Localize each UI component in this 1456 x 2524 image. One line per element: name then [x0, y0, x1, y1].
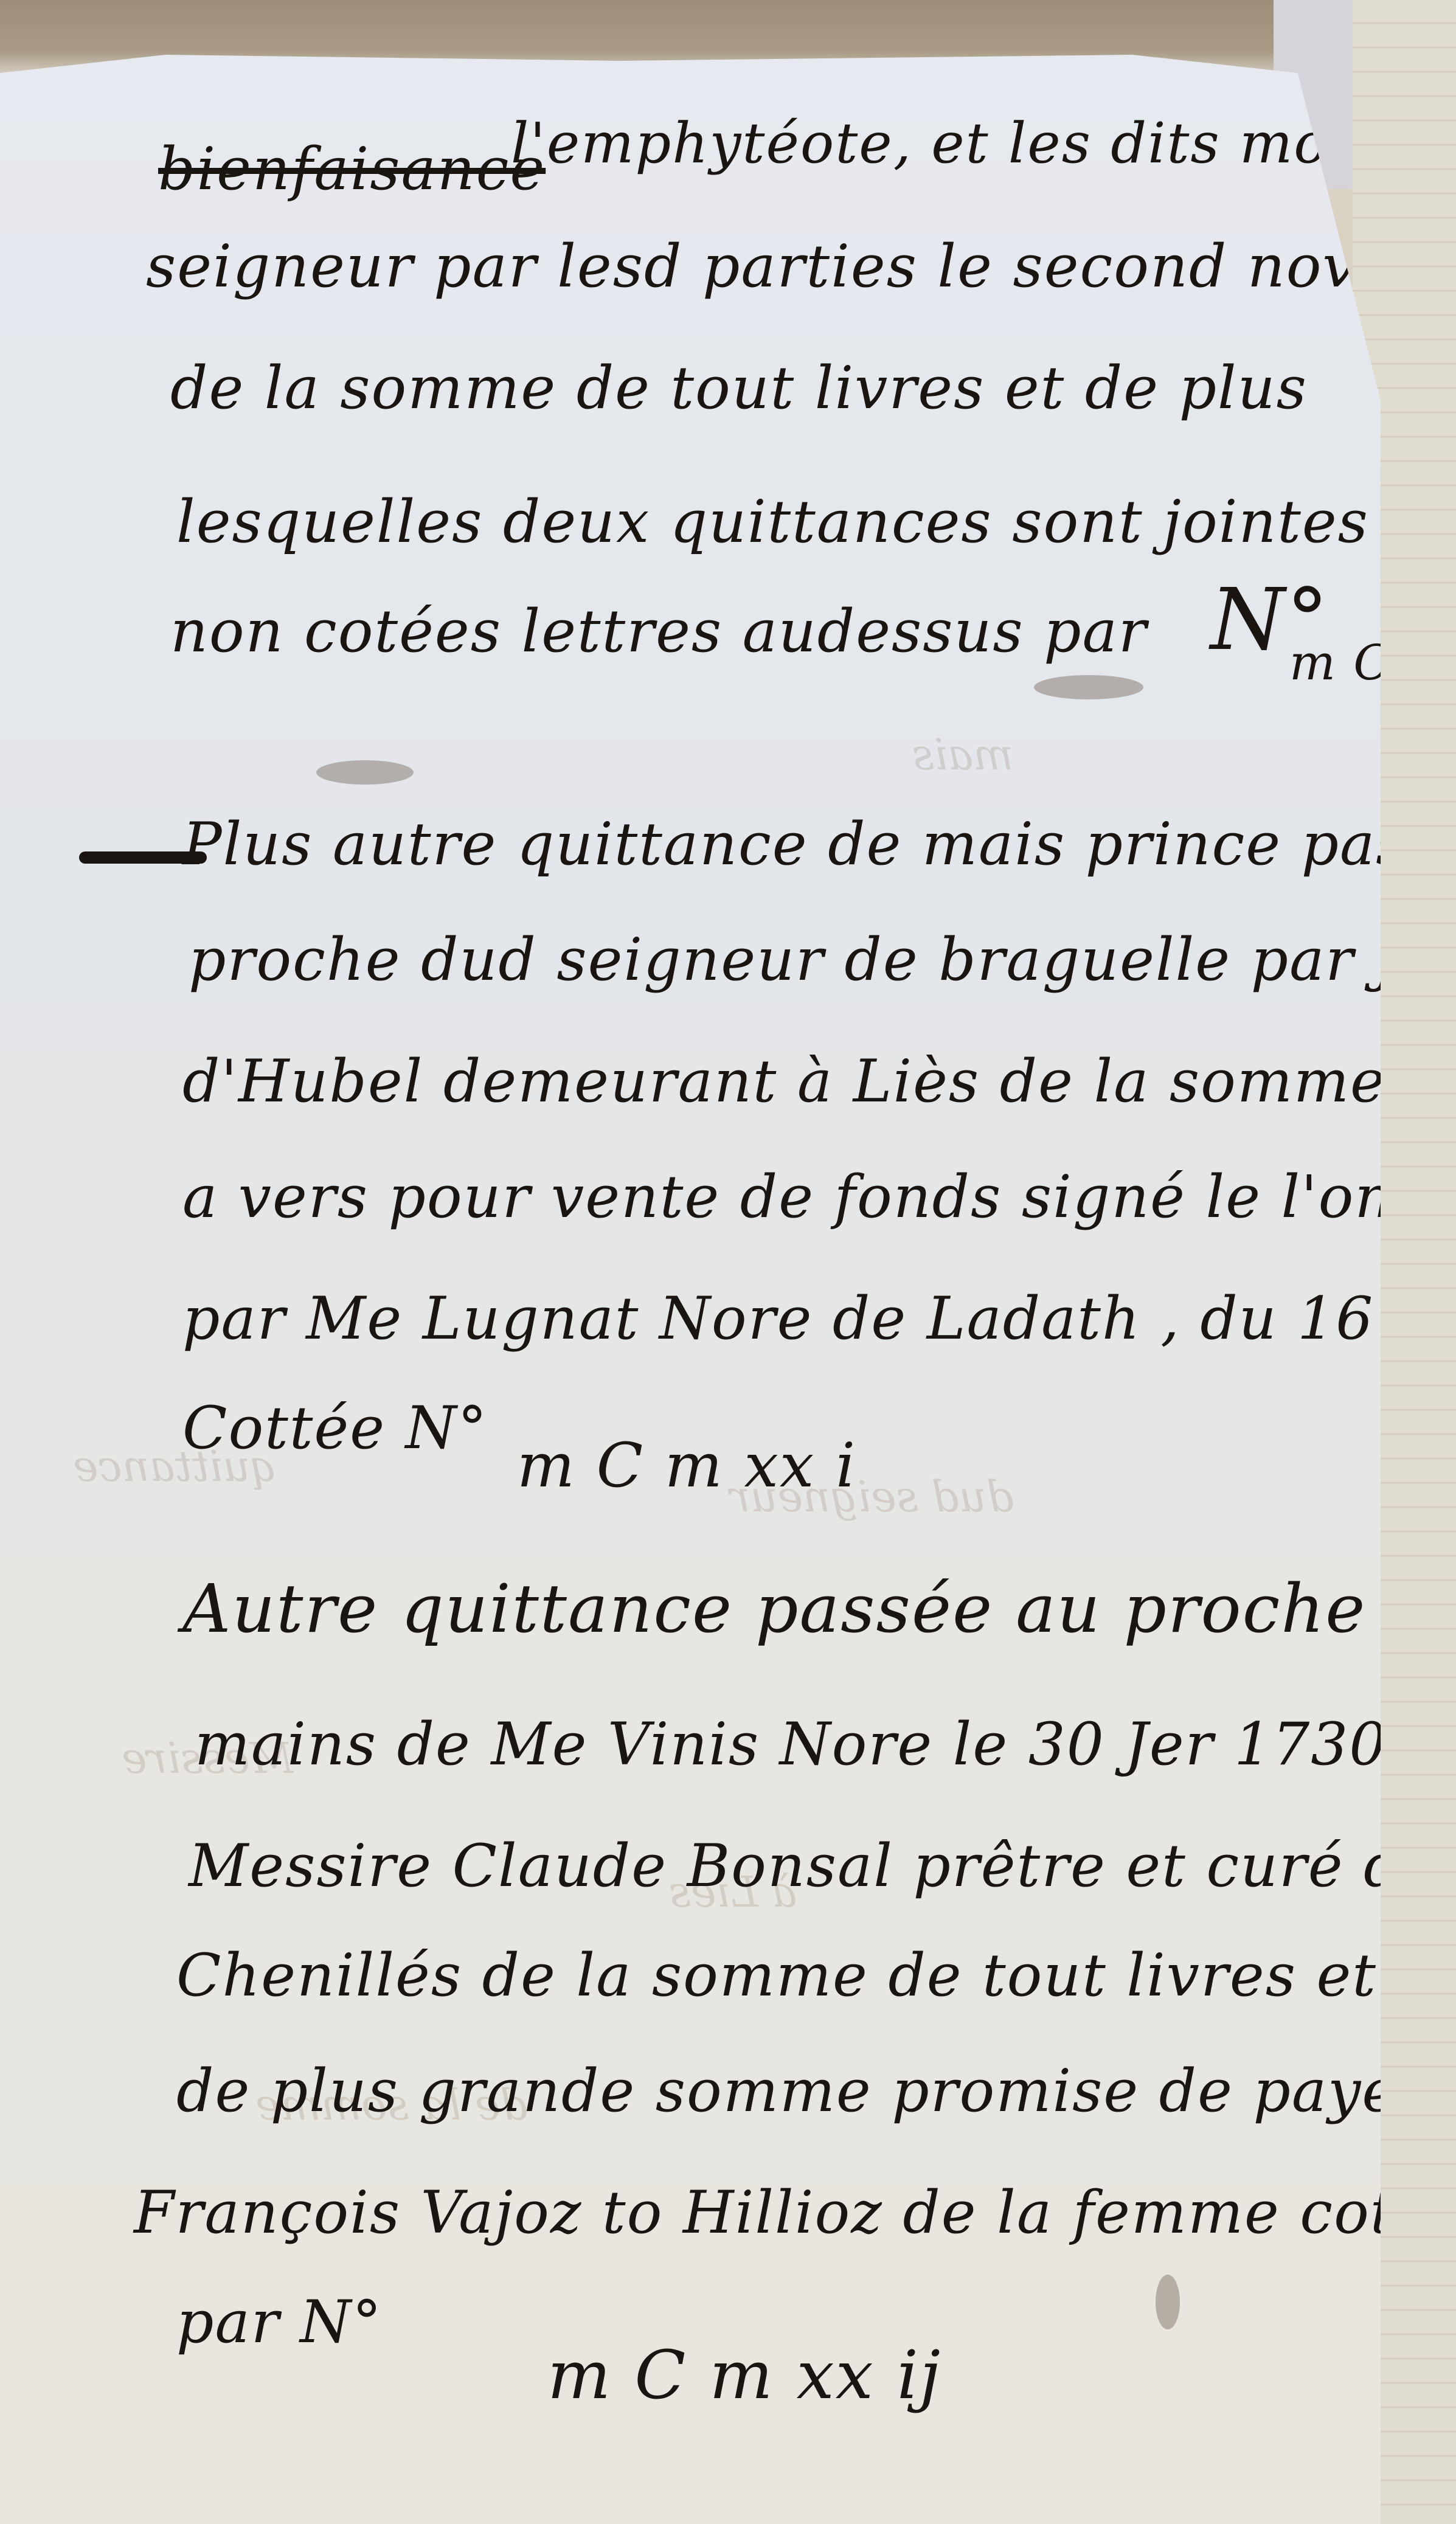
manuscript-line: seigneur par lesd parties le second nove… [146, 237, 1456, 296]
ink-stain [316, 760, 414, 785]
manuscript-page: quittance dud seigneur Messire à Lies de… [0, 55, 1381, 2524]
reference-numeral: m C m xx ij [547, 2342, 941, 2408]
manuscript-line: Autre quittance passée au proche dud sei… [182, 1575, 1456, 1642]
manuscript-line: Chenillés de la somme de tout livres et … [176, 1946, 1456, 2005]
manuscript-line: lesquelles deux quittances sont jointes … [176, 493, 1456, 551]
manuscript-line: de la somme de tout livres et de plus [170, 359, 1308, 417]
manuscript-line: de plus grande somme promise de payer pa… [176, 2062, 1456, 2120]
manuscript-line: mains de Me Vinis Nore le 30 Jer 1730 pa… [195, 1715, 1456, 1773]
manuscript-line: François Vajoz to Hillioz de la femme co… [134, 2183, 1456, 2242]
ink-stain [1156, 2275, 1180, 2329]
struck-word: bienfaisance [158, 140, 546, 198]
manuscript-line: par Me Lugnat Nore de Ladath , du 16 aou… [182, 1289, 1456, 1348]
reference-numeral: m C m xx i [517, 1435, 856, 1496]
manuscript-line: proche dud seigneur de braguelle par Jea… [189, 931, 1456, 989]
manuscript-line: non cotées lettres audessus par [170, 602, 1148, 660]
bleed-through-text: mais [912, 730, 1013, 780]
manuscript-line: a vers pour vente de fonds signé le l'on… [182, 1168, 1456, 1226]
manuscript-line: d'Hubel demeurant à Liès de la somme de … [182, 1052, 1456, 1111]
reference-prefix: Cottée N° [182, 1399, 488, 1457]
manuscript-line: Messire Claude Bonsal prêtre et curé de [189, 1837, 1438, 1895]
reference-prefix: par N° [176, 2293, 383, 2351]
manuscript-line: Plus autre quittance de mais prince pass… [182, 815, 1456, 873]
ink-stain [1034, 675, 1143, 699]
